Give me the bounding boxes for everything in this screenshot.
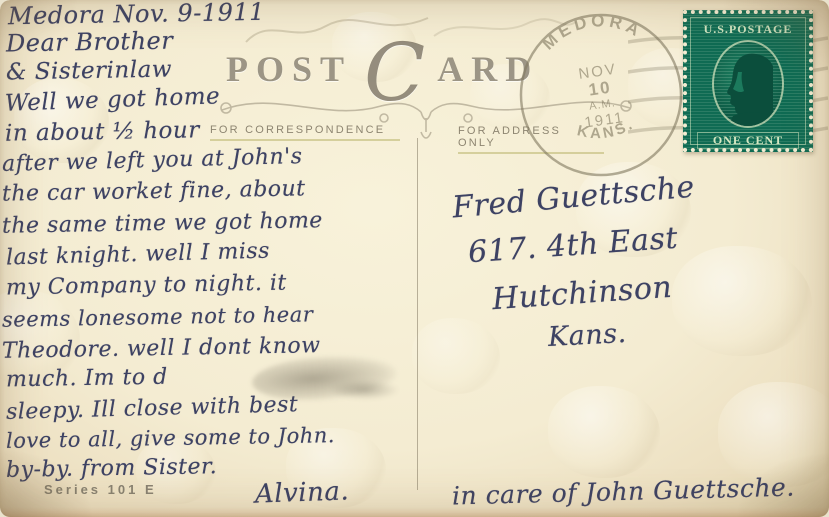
message-line: the same time we got home [2, 208, 323, 239]
message-line: Theodore. well I dont know [2, 333, 321, 364]
message-line: by-by. from Sister. [6, 454, 218, 483]
message-line: seems lonesome not to hear [2, 302, 314, 331]
signature: Alvina. [255, 476, 350, 509]
stamp-value-label: ONE CENT [697, 132, 799, 149]
postmark-city: MEDORA [536, 4, 649, 55]
ink-smudge [330, 380, 400, 400]
address-line: Kans. [547, 318, 627, 353]
message-line: sleepy. Ill close with best [6, 392, 299, 425]
message-line: Well we got home [5, 83, 221, 116]
center-divider-line [417, 138, 418, 490]
franklin-portrait-icon [712, 40, 784, 128]
embossed-flower [412, 318, 500, 394]
message-line: after we left you at John's [2, 144, 303, 177]
stamp-frame: U.S.POSTAGE ONE CENT [690, 17, 806, 145]
embossed-flower [548, 386, 660, 478]
message-line: Dear Brother [6, 27, 174, 58]
message-line: much. Im to d [6, 365, 168, 393]
address-line: 617. 4th East [467, 221, 679, 271]
title-ornate-c: C [364, 38, 425, 108]
address-line: Fred Guettsche [451, 169, 696, 225]
postage-stamp: U.S.POSTAGE ONE CENT [683, 10, 813, 152]
message-line: & Sisterinlaw [6, 57, 172, 86]
message-line: the car worket fine, about [2, 176, 306, 206]
message-line: love to all, give some to John. [6, 423, 335, 453]
message-line: last knight. well I miss [6, 239, 271, 271]
postmark-time: A.M. [588, 97, 616, 113]
embossed-flower [718, 382, 829, 487]
title-ard: ARD [437, 48, 539, 90]
series-number: Series 101 E [44, 482, 157, 497]
postcard-back: POST C ARD FOR CORRESPONDENCE FOR ADDRES… [0, 0, 829, 517]
postcard-title: POST C ARD [226, 34, 539, 104]
embossed-flower [672, 246, 812, 356]
message-line: my Company to night. it [6, 271, 287, 301]
address-only-label: FOR ADDRESS ONLY [458, 125, 604, 154]
postmark-day: 10 [587, 78, 612, 100]
correspondence-label: FOR CORRESPONDENCE [210, 124, 400, 141]
stamp-country-label: U.S.POSTAGE [691, 22, 805, 37]
title-post: POST [226, 48, 352, 90]
message-line: Medora Nov. 9-1911 [8, 0, 265, 30]
message-line: in about ½ hour [5, 117, 200, 146]
address-line: Hutchinson [491, 270, 673, 317]
svg-text:MEDORA: MEDORA [536, 4, 649, 55]
care-of-line: in care of John Guettsche. [452, 473, 795, 511]
postmark-month: NOV [577, 61, 618, 83]
